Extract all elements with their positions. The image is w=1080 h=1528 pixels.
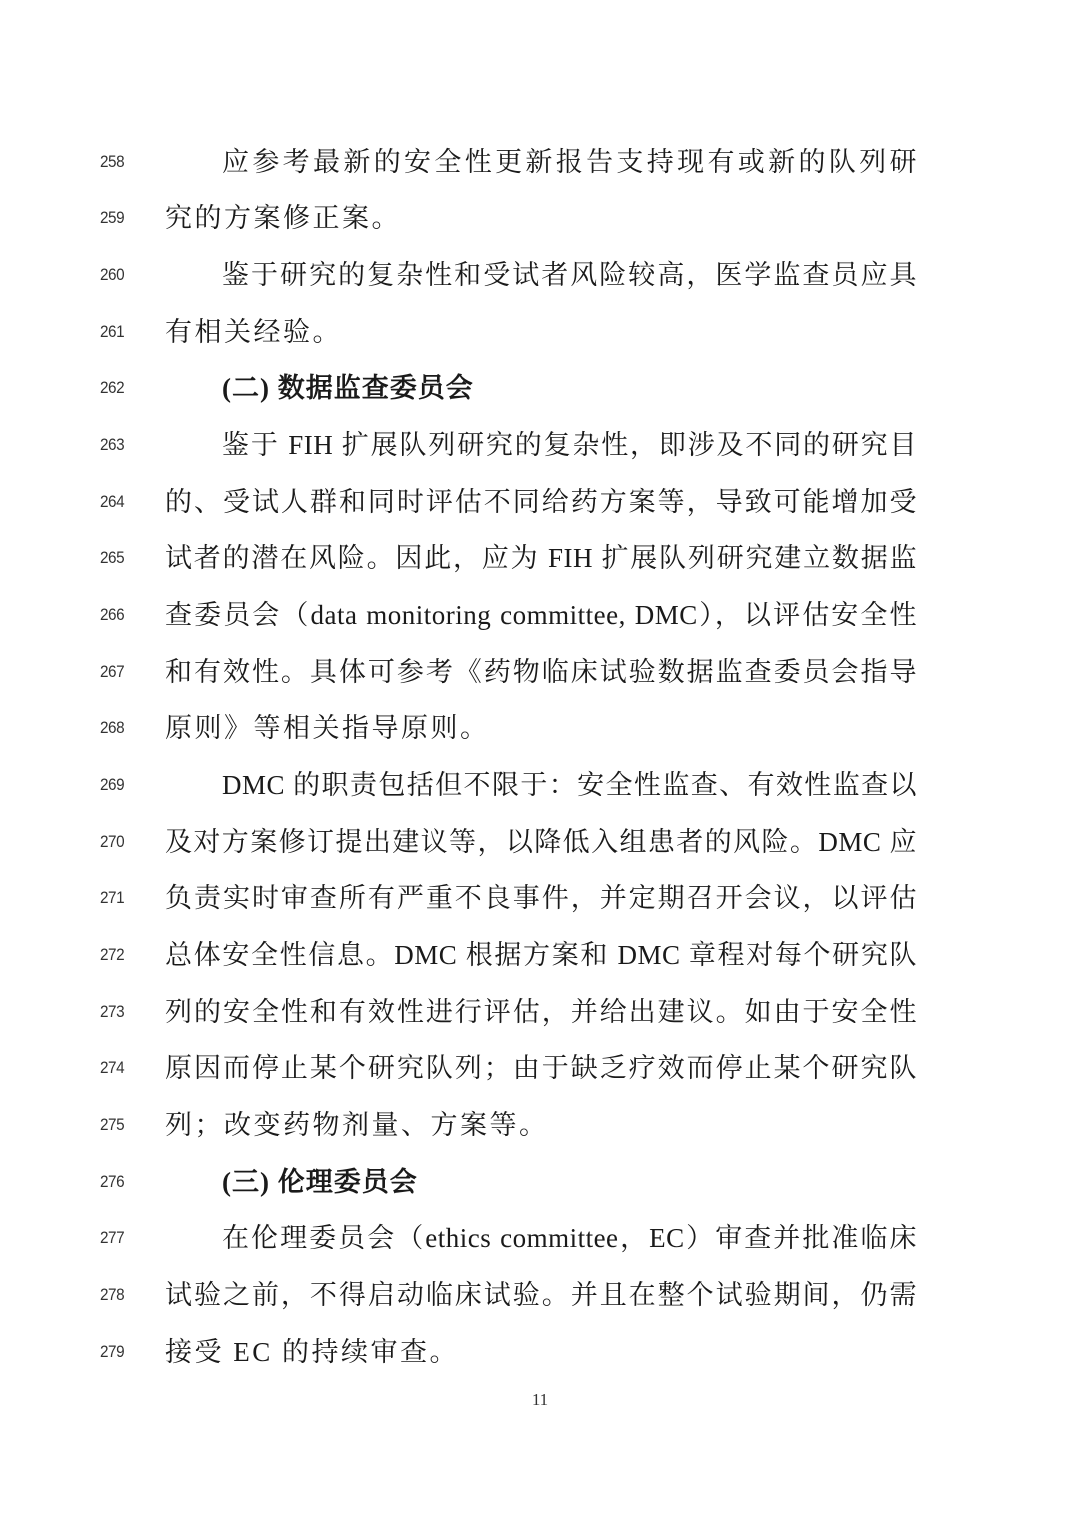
paragraph-text: DMC 的职责包括但不限于：安全性监查、有效性监查以 bbox=[222, 767, 917, 803]
line-number: 269 bbox=[100, 775, 131, 795]
document-line: 268 原则》等相关指导原则。 bbox=[0, 710, 1080, 750]
line-number: 259 bbox=[100, 208, 131, 228]
document-line: 273 列的安全性和有效性进行评估，并给出建议。如由于安全性 bbox=[0, 994, 1080, 1034]
document-line: 275 列；改变药物剂量、方案等。 bbox=[0, 1107, 1080, 1147]
line-number: 260 bbox=[100, 265, 131, 285]
document-line: 269 DMC 的职责包括但不限于：安全性监查、有效性监查以 bbox=[0, 767, 1080, 807]
paragraph-text: 和有效性。具体可参考《药物临床试验数据监查委员会指导 bbox=[165, 654, 917, 690]
document-line: 258 应参考最新的安全性更新报告支持现有或新的队列研 bbox=[0, 144, 1080, 184]
document-line: 266 查委员会（data monitoring committee, DMC）… bbox=[0, 597, 1080, 637]
paragraph-text: 的、受试人群和同时评估不同给药方案等，导致可能增加受 bbox=[165, 484, 917, 520]
paragraph-text: 及对方案修订提出建议等，以降低入组患者的风险。DMC 应 bbox=[165, 824, 917, 860]
paragraph-text: 究的方案修正案。 bbox=[165, 200, 917, 236]
paragraph-text: 试者的潜在风险。因此，应为 FIH 扩展队列研究建立数据监 bbox=[165, 540, 917, 576]
paragraph-text: 鉴于 FIH 扩展队列研究的复杂性，即涉及不同的研究目 bbox=[222, 427, 917, 463]
document-line: 276 (三) 伦理委员会 bbox=[0, 1164, 1080, 1204]
line-number: 272 bbox=[100, 945, 131, 965]
page-number: 11 bbox=[0, 1390, 1080, 1410]
line-number: 258 bbox=[100, 152, 131, 172]
paragraph-text: 原因而停止某个研究队列；由于缺乏疗效而停止某个研究队 bbox=[165, 1050, 917, 1086]
document-line: 262 (二) 数据监查委员会 bbox=[0, 370, 1080, 410]
line-number: 264 bbox=[100, 492, 131, 512]
paragraph-text: 应参考最新的安全性更新报告支持现有或新的队列研 bbox=[222, 144, 917, 180]
document-line: 265 试者的潜在风险。因此，应为 FIH 扩展队列研究建立数据监 bbox=[0, 540, 1080, 580]
document-line: 261 有相关经验。 bbox=[0, 314, 1080, 354]
document-line: 263 鉴于 FIH 扩展队列研究的复杂性，即涉及不同的研究目 bbox=[0, 427, 1080, 467]
line-number: 270 bbox=[100, 832, 131, 852]
paragraph-text: 接受 EC 的持续审查。 bbox=[165, 1334, 917, 1370]
line-number: 277 bbox=[100, 1228, 131, 1248]
paragraph-text: 有相关经验。 bbox=[165, 314, 917, 350]
paragraph-text: 在伦理委员会（ethics committee，EC）审查并批准临床 bbox=[222, 1220, 917, 1256]
line-number: 268 bbox=[100, 718, 131, 738]
section-heading: (二) 数据监查委员会 bbox=[222, 370, 917, 406]
document-line: 264 的、受试人群和同时评估不同给药方案等，导致可能增加受 bbox=[0, 484, 1080, 524]
paragraph-text: 列；改变药物剂量、方案等。 bbox=[165, 1107, 917, 1143]
line-number: 273 bbox=[100, 1002, 131, 1022]
section-heading: (三) 伦理委员会 bbox=[222, 1164, 917, 1200]
document-line: 270 及对方案修订提出建议等，以降低入组患者的风险。DMC 应 bbox=[0, 824, 1080, 864]
line-number: 266 bbox=[100, 605, 131, 625]
paragraph-text: 试验之前，不得启动临床试验。并且在整个试验期间，仍需 bbox=[165, 1277, 917, 1313]
paragraph-text: 鉴于研究的复杂性和受试者风险较高，医学监查员应具 bbox=[222, 257, 917, 293]
document-line: 272 总体安全性信息。DMC 根据方案和 DMC 章程对每个研究队 bbox=[0, 937, 1080, 977]
line-number: 271 bbox=[100, 888, 131, 908]
line-number: 275 bbox=[100, 1115, 131, 1135]
line-number: 267 bbox=[100, 662, 131, 682]
document-line: 279 接受 EC 的持续审查。 bbox=[0, 1334, 1080, 1374]
document-line: 278 试验之前，不得启动临床试验。并且在整个试验期间，仍需 bbox=[0, 1277, 1080, 1317]
line-number: 262 bbox=[100, 378, 131, 398]
line-number: 265 bbox=[100, 548, 131, 568]
paragraph-text: 查委员会（data monitoring committee, DMC），以评估… bbox=[165, 597, 917, 633]
paragraph-text: 负责实时审查所有严重不良事件，并定期召开会议，以评估 bbox=[165, 880, 917, 916]
paragraph-text: 总体安全性信息。DMC 根据方案和 DMC 章程对每个研究队 bbox=[165, 937, 917, 973]
paragraph-text: 列的安全性和有效性进行评估，并给出建议。如由于安全性 bbox=[165, 994, 917, 1030]
document-page: 258 应参考最新的安全性更新报告支持现有或新的队列研 259 究的方案修正案。… bbox=[0, 0, 1080, 1528]
document-line: 259 究的方案修正案。 bbox=[0, 200, 1080, 240]
line-number: 279 bbox=[100, 1342, 131, 1362]
document-line: 271 负责实时审查所有严重不良事件，并定期召开会议，以评估 bbox=[0, 880, 1080, 920]
document-line: 274 原因而停止某个研究队列；由于缺乏疗效而停止某个研究队 bbox=[0, 1050, 1080, 1090]
line-number: 263 bbox=[100, 435, 131, 455]
line-number: 261 bbox=[100, 322, 131, 342]
document-line: 277 在伦理委员会（ethics committee，EC）审查并批准临床 bbox=[0, 1220, 1080, 1260]
document-line: 267 和有效性。具体可参考《药物临床试验数据监查委员会指导 bbox=[0, 654, 1080, 694]
line-number: 276 bbox=[100, 1172, 131, 1192]
paragraph-text: 原则》等相关指导原则。 bbox=[165, 710, 917, 746]
line-number: 274 bbox=[100, 1058, 131, 1078]
document-line: 260 鉴于研究的复杂性和受试者风险较高，医学监查员应具 bbox=[0, 257, 1080, 297]
line-number: 278 bbox=[100, 1285, 131, 1305]
